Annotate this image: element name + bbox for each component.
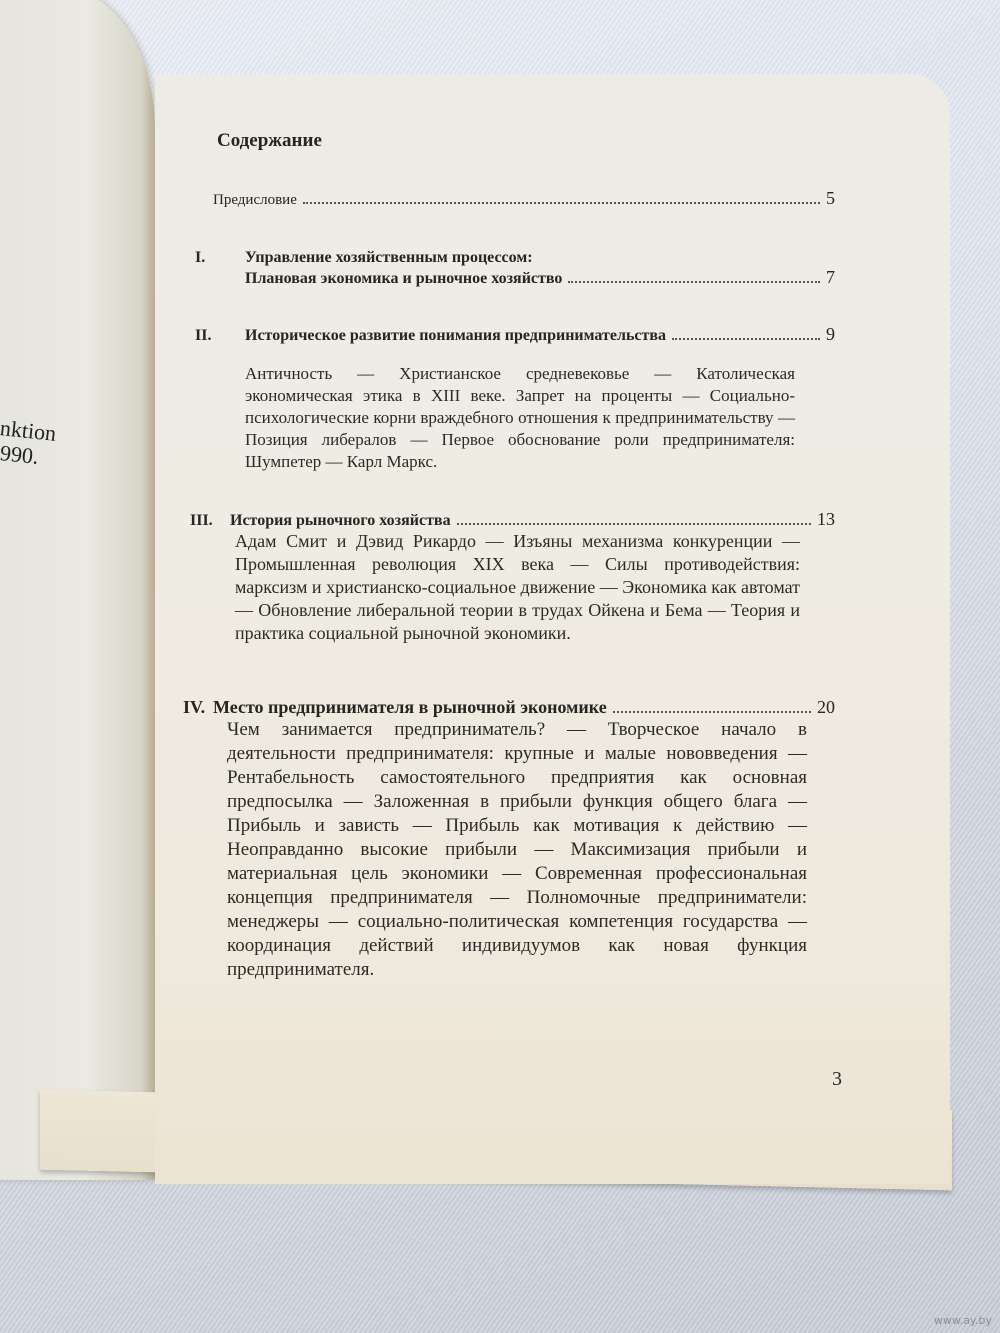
section-summary: Адам Смит и Дэвид Рикардо — Изъяны механ…: [235, 530, 800, 645]
section-numeral: III.: [190, 512, 230, 530]
page-ref: 5: [826, 188, 835, 209]
section-numeral: II.: [195, 327, 245, 345]
section-title: Место предпринимателя в рыночной экономи…: [213, 697, 607, 718]
page-ref: 7: [826, 267, 835, 288]
page-ref: 20: [817, 697, 835, 718]
leader-dots: [568, 281, 820, 283]
page-number: 3: [832, 1068, 842, 1091]
section-summary: Чем занимается предприниматель? — Творче…: [227, 718, 807, 982]
toc-section-3: III. История рыночного хозяйства 13 Адам…: [195, 509, 835, 645]
section-summary: Античность — Христианское средневековье …: [245, 363, 795, 473]
section-numeral: I.: [195, 249, 245, 267]
section-title: Плановая экономика и рыночное хозяйство: [245, 270, 562, 288]
watermark: www.ay.by: [934, 1314, 992, 1327]
page-ref: 13: [817, 509, 835, 530]
toc-section-2: II. Историческое развитие понимания пред…: [195, 324, 835, 473]
section-title: Историческое развитие понимания предприн…: [245, 327, 666, 345]
page-ref: 9: [826, 324, 835, 345]
table-of-contents: Содержание Предисловие 5 I. Управление х…: [195, 130, 835, 1018]
left-page-text-fragment: 990.: [0, 440, 40, 470]
toc-entry-preface: Предисловие 5: [213, 188, 835, 209]
left-page: nktion 990.: [0, 0, 155, 1180]
leader-dots: [303, 202, 820, 204]
leader-dots: [672, 338, 820, 340]
leader-dots: [613, 711, 811, 713]
section-numeral: IV.: [183, 697, 213, 718]
toc-section-1: I. Управление хозяйственным процессом: П…: [195, 249, 835, 288]
section-title: Управление хозяйственным процессом:: [245, 249, 533, 267]
leader-dots: [457, 523, 811, 525]
toc-title: Содержание: [217, 130, 835, 152]
preface-label: Предисловие: [213, 192, 297, 209]
toc-section-4: IV. Место предпринимателя в рыночной эко…: [195, 697, 835, 982]
section-title: История рыночного хозяйства: [230, 512, 451, 530]
